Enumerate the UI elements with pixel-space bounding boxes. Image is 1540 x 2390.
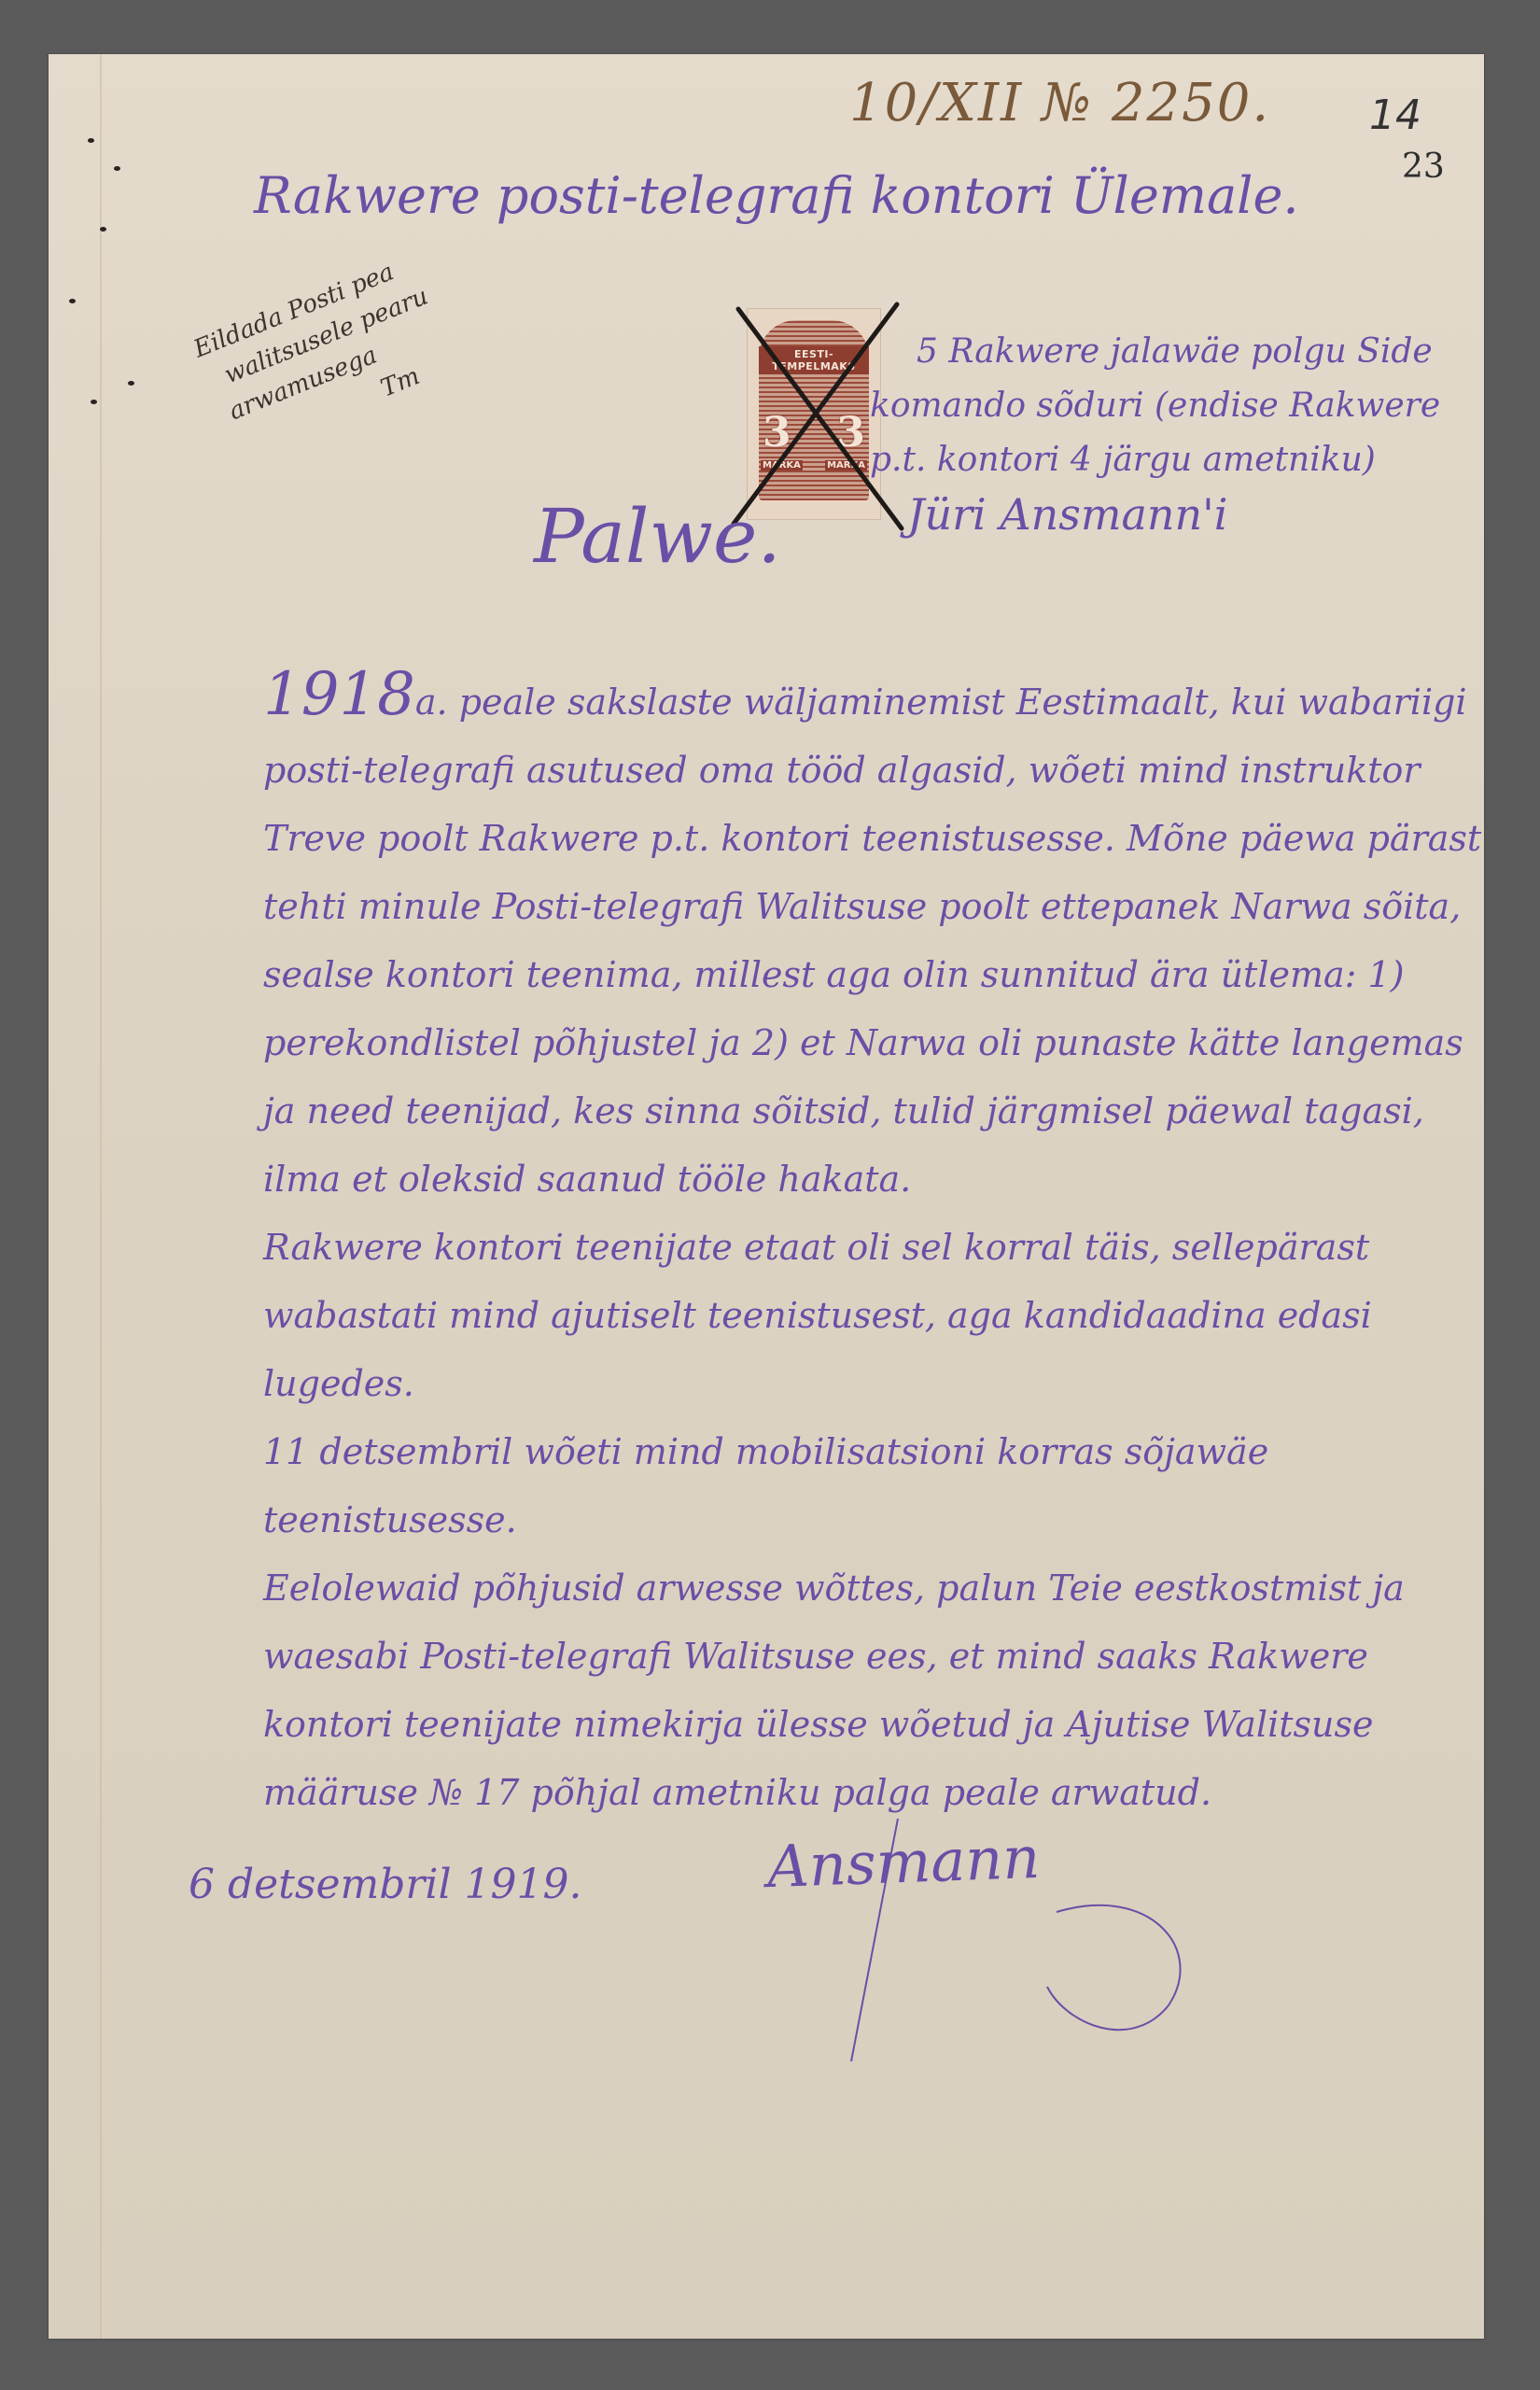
addressee-line: Rakwere posti-telegrafi kontori Ülemale. xyxy=(254,166,1299,225)
sender-line: 5 Rakwere jalawäe polgu Side xyxy=(917,325,1440,379)
paragraph: Rakwere kontori teenijate etaat oli sel … xyxy=(189,1214,1495,1418)
folio-number: 14 xyxy=(1369,91,1421,139)
date-line: 6 detsembril 1919. xyxy=(189,1861,582,1908)
binding-hole xyxy=(88,138,94,143)
paragraph: Eelolewaid põhjusid arwesse wõttes, palu… xyxy=(189,1554,1495,1827)
binding-hole xyxy=(128,381,134,386)
stamp-currency-left: MARKA xyxy=(761,460,803,471)
sender-block: 5 Rakwere jalawäe polgu Side komando sõd… xyxy=(870,325,1440,541)
margin-annotation: Eildada Posti pea walitsusele pearu arwa… xyxy=(189,246,460,465)
revenue-stamp: EESTI-TEMPELMAKS 3 3 MARKA MARKA xyxy=(747,308,881,520)
stamp-currency-right: MARKA xyxy=(825,460,867,471)
year-lead: 1918 xyxy=(263,660,415,729)
paragraph: 1918a. peale sakslaste wäljaminemist Ees… xyxy=(189,661,1495,1214)
binding-hole xyxy=(100,227,106,232)
folio-number-stamped: 23 xyxy=(1402,148,1445,186)
binding-hole xyxy=(69,299,76,303)
stamp-top-text: EESTI-TEMPELMAKS xyxy=(759,346,869,374)
petition-body: 1918a. peale sakslaste wäljaminemist Ees… xyxy=(189,661,1495,1827)
sender-line: p.t. kontori 4 järgu ametniku) xyxy=(870,433,1440,487)
paragraph: 11 detsembril wõeti mind mobilisatsioni … xyxy=(189,1418,1495,1554)
signature-flourish-icon xyxy=(758,1809,1281,2071)
archive-number: 10/XII № 2250. xyxy=(849,73,1270,134)
document-page: 10/XII № 2250. 14 23 Rakwere posti-teleg… xyxy=(49,54,1484,2339)
sender-name: Jüri Ansmann'i xyxy=(907,487,1440,541)
binding-hole xyxy=(91,400,97,404)
paragraph-text: a. peale sakslaste wäljaminemist Eestima… xyxy=(263,682,1481,1200)
stamp-value-left: 3 xyxy=(763,409,791,457)
binding-hole xyxy=(114,166,120,171)
document-title: Palwe. xyxy=(534,493,781,580)
stamp-value-right: 3 xyxy=(836,409,865,457)
stamp-design: EESTI-TEMPELMAKS 3 3 MARKA MARKA xyxy=(759,320,869,500)
sender-line: komando sõduri (endise Rakwere xyxy=(870,379,1440,433)
